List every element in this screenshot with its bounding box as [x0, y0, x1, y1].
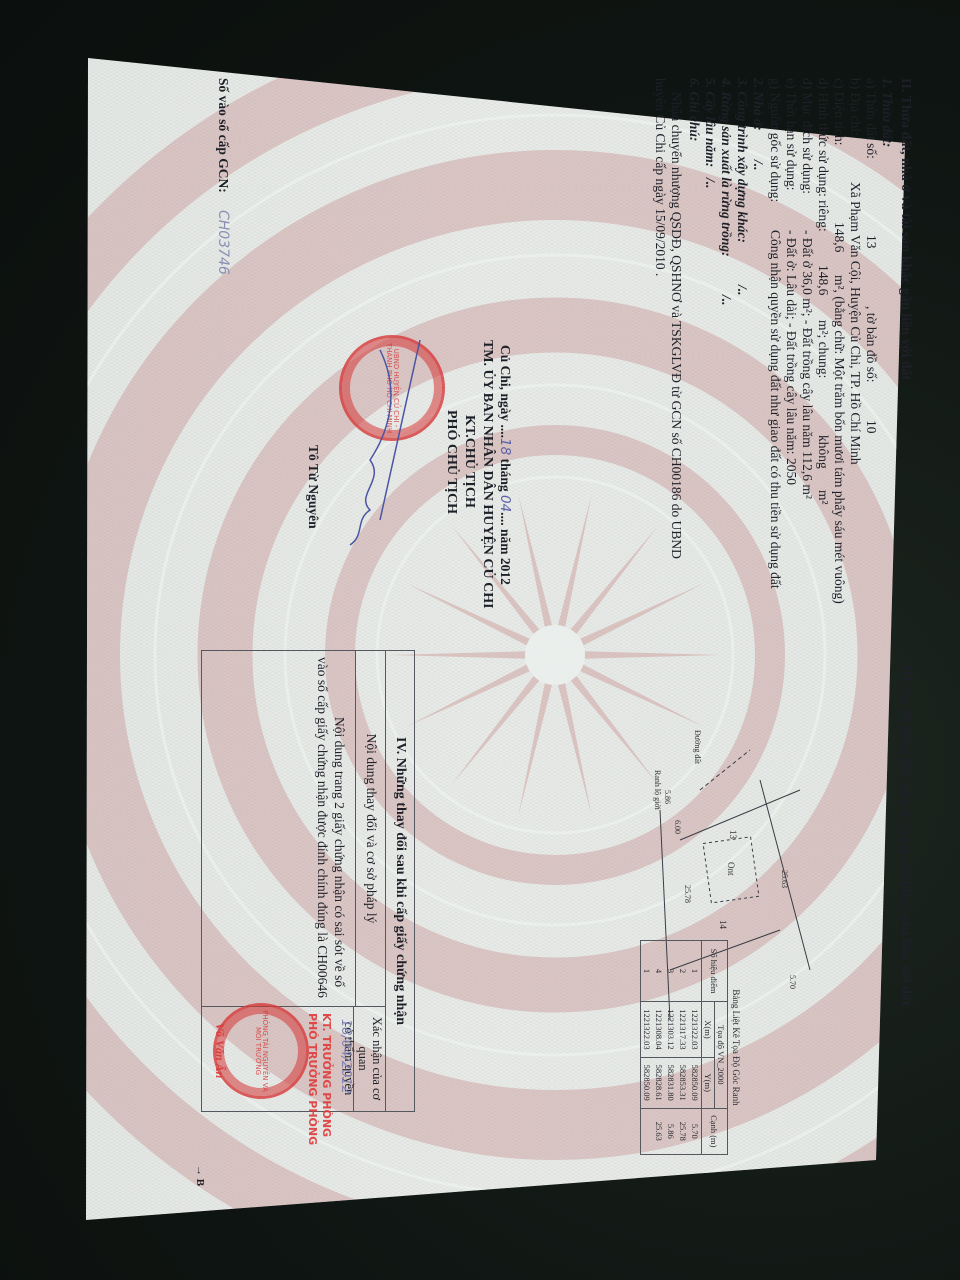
- north-arrow: → B: [194, 1165, 205, 1186]
- confirm-title-2: PHÓ TRƯỞNG PHÒNG: [307, 1013, 318, 1145]
- col-coords: Tọa độ VN_2000: [715, 1002, 728, 1109]
- area-unit-text: m², (bằng chữ: Một trăm bốn mươi tám phẩ…: [833, 275, 847, 604]
- map-parcel-14: 14: [718, 920, 728, 930]
- confirm-signer: Võ Văn Ân: [214, 1023, 226, 1078]
- issue-day: 18: [497, 438, 513, 455]
- note-line-2: huyện Củ Chi cấp ngày 15/09/2010 .: [654, 78, 668, 276]
- coordinate-table: Số hiệu điểm Tọa độ VN_2000 Cạnh (m) X(m…: [640, 940, 728, 1155]
- signer-title: PHÓ CHỦ TỊCH: [444, 410, 458, 514]
- coordinate-row: 11221322.03582850.095.70: [689, 941, 702, 1155]
- year-label: năm 2012: [498, 529, 513, 585]
- changes-col-content: Nội dung thay đổi và cơ sở pháp lý: [355, 651, 386, 1007]
- map-edge-23: 25.78: [683, 885, 692, 903]
- north-label: B: [194, 1179, 206, 1186]
- confirm-title: KT. TRƯỞNG PHÒNG: [321, 1013, 332, 1137]
- changes-col-confirm: Xác nhận của cơ quan có thẩm quyền: [353, 1006, 386, 1111]
- changes-table: IV. Những thay đổi sau khi cấp giấy chứn…: [201, 650, 415, 1112]
- note-label: 6. Ghi chú:: [688, 78, 702, 141]
- house-label: 2. Nhà ở:: [752, 78, 766, 131]
- map-road-label: Đường đất: [693, 730, 702, 765]
- signer-signature: [300, 320, 440, 580]
- area-label: c) Diện tích:: [833, 78, 847, 145]
- parcel-number: 13: [865, 235, 879, 249]
- signer-name: Tô Từ Nguyên: [307, 445, 321, 529]
- certificate-content: II. Thửa đất, nhà ở và tài sản khác gắn …: [160, 70, 920, 1220]
- issuing-organization: TM. ỦY BAN NHÂN DÂN HUYỆN CỦ CHI: [480, 340, 494, 609]
- term-label: e) Thời hạn sử dụng:: [785, 78, 799, 190]
- forest-value: /..: [720, 295, 734, 306]
- map-zone-ont: Ont: [726, 862, 736, 876]
- north-arrow-icon: →: [194, 1165, 206, 1176]
- thua-dat-heading: 1. Thửa đất:: [881, 78, 895, 147]
- section-iv-title: IV. Những thay đổi sau khi cấp giấy chứn…: [385, 651, 414, 1111]
- forest-label: 4. Rừng sản xuất là rừng trồng:: [720, 78, 734, 257]
- map-setback-label: Ranh lộ giới: [653, 770, 662, 811]
- purpose-label: đ) Mục đích sử dụng:: [801, 78, 815, 194]
- kt-chu-tich: KT.CHỦ TỊCH: [462, 415, 476, 508]
- registry-label: Số vào sổ cấp GCN:: [217, 78, 231, 193]
- coordinate-row: 31221303.12582831.805.86: [665, 941, 677, 1155]
- map-sheet-label: , tờ bản đồ số:: [865, 306, 879, 383]
- coordinate-row: 11221322.03582850.09: [641, 941, 654, 1155]
- coordinate-row: 21221317.33582853.3125.78: [677, 941, 689, 1155]
- coordinate-row: 41221308.04582828.6125.63: [653, 941, 665, 1155]
- origin-value: Công nhận quyền sử dụng đất như giao đất…: [769, 230, 783, 589]
- usage-private: 148,6: [817, 265, 831, 295]
- origin-label: g) Nguồn gốc sử dụng:: [769, 78, 783, 202]
- purpose-value: - Đất ở 36,0 m²; - Đất trồng cây lâu năm…: [801, 230, 815, 499]
- parcel-number-label: a) Thửa đất số:: [865, 78, 879, 159]
- usage-shared-label: m²; chung:: [817, 320, 831, 378]
- confirm-date: 18/04/2012: [339, 1019, 352, 1094]
- section-ii-title: II. Thửa đất, nhà ở và tài sản khác gắn …: [898, 78, 912, 380]
- other-construction-label: 3. Công trình xây dựng khác:: [736, 78, 750, 243]
- section-iii-title: III. Sơ đồ thửa đất, nhà ở và tài sản kh…: [898, 665, 912, 1006]
- change-entry: Nội dung trang 2 giấy chứng nhận có sai …: [314, 657, 348, 1002]
- issue-month: 04: [497, 495, 513, 512]
- address-label: b) Địa chỉ:: [849, 78, 863, 136]
- perennial-value: /..: [704, 178, 718, 189]
- map-edge-12: 5.70: [788, 975, 797, 989]
- month-label: tháng: [498, 459, 513, 492]
- usage-form-label: d) Hình thức sử dụng: riêng:: [817, 78, 831, 232]
- perennial-label: 5. Cây lâu năm:: [704, 78, 718, 167]
- date-prefix: Củ Chi, ngày: [498, 345, 513, 421]
- address-value: Xã Phạm Văn Cội, Huyện Củ Chi, TP. Hồ Ch…: [849, 182, 863, 465]
- area-value: 148,6: [833, 222, 847, 252]
- house-value: /..: [752, 160, 766, 171]
- col-y: Y(m): [702, 1057, 715, 1108]
- usage-unit: m²: [817, 490, 831, 505]
- col-point: Số hiệu điểm: [702, 941, 728, 1002]
- map-road-width: 6.00: [673, 820, 682, 834]
- note-line-1: Nhận chuyển nhượng QSDĐ, QSHNƠ và TSKGLV…: [670, 92, 684, 559]
- other-construction-value: /..: [736, 285, 750, 296]
- map-edge-34: 5.86: [663, 790, 672, 804]
- map-parcel-13: 13: [728, 830, 738, 840]
- coordinate-table-title: Bảng Liệt Kê Tọa Độ Góc Ranh: [731, 940, 740, 1155]
- coordinate-table-block: Bảng Liệt Kê Tọa Độ Góc Ranh Số hiệu điể…: [640, 940, 740, 1155]
- map-edge-41: 25.63: [780, 870, 789, 888]
- registry-number: CH03746: [216, 210, 230, 275]
- office-seal-stamp: PHÒNG TÀI NGUYÊN VÀ MÔI TRƯỜNG: [213, 1003, 309, 1099]
- term-value: - Đất ở: Lâu dài; - Đất trồng cây lâu nă…: [785, 230, 799, 485]
- col-edge: Cạnh (m): [702, 1108, 728, 1154]
- col-x: X(m): [702, 1002, 715, 1058]
- issue-date-line: Củ Chi, ngày ....18 tháng 04.... năm 201…: [498, 345, 513, 585]
- map-sheet-number: 10: [865, 420, 879, 434]
- usage-shared: không: [817, 435, 831, 469]
